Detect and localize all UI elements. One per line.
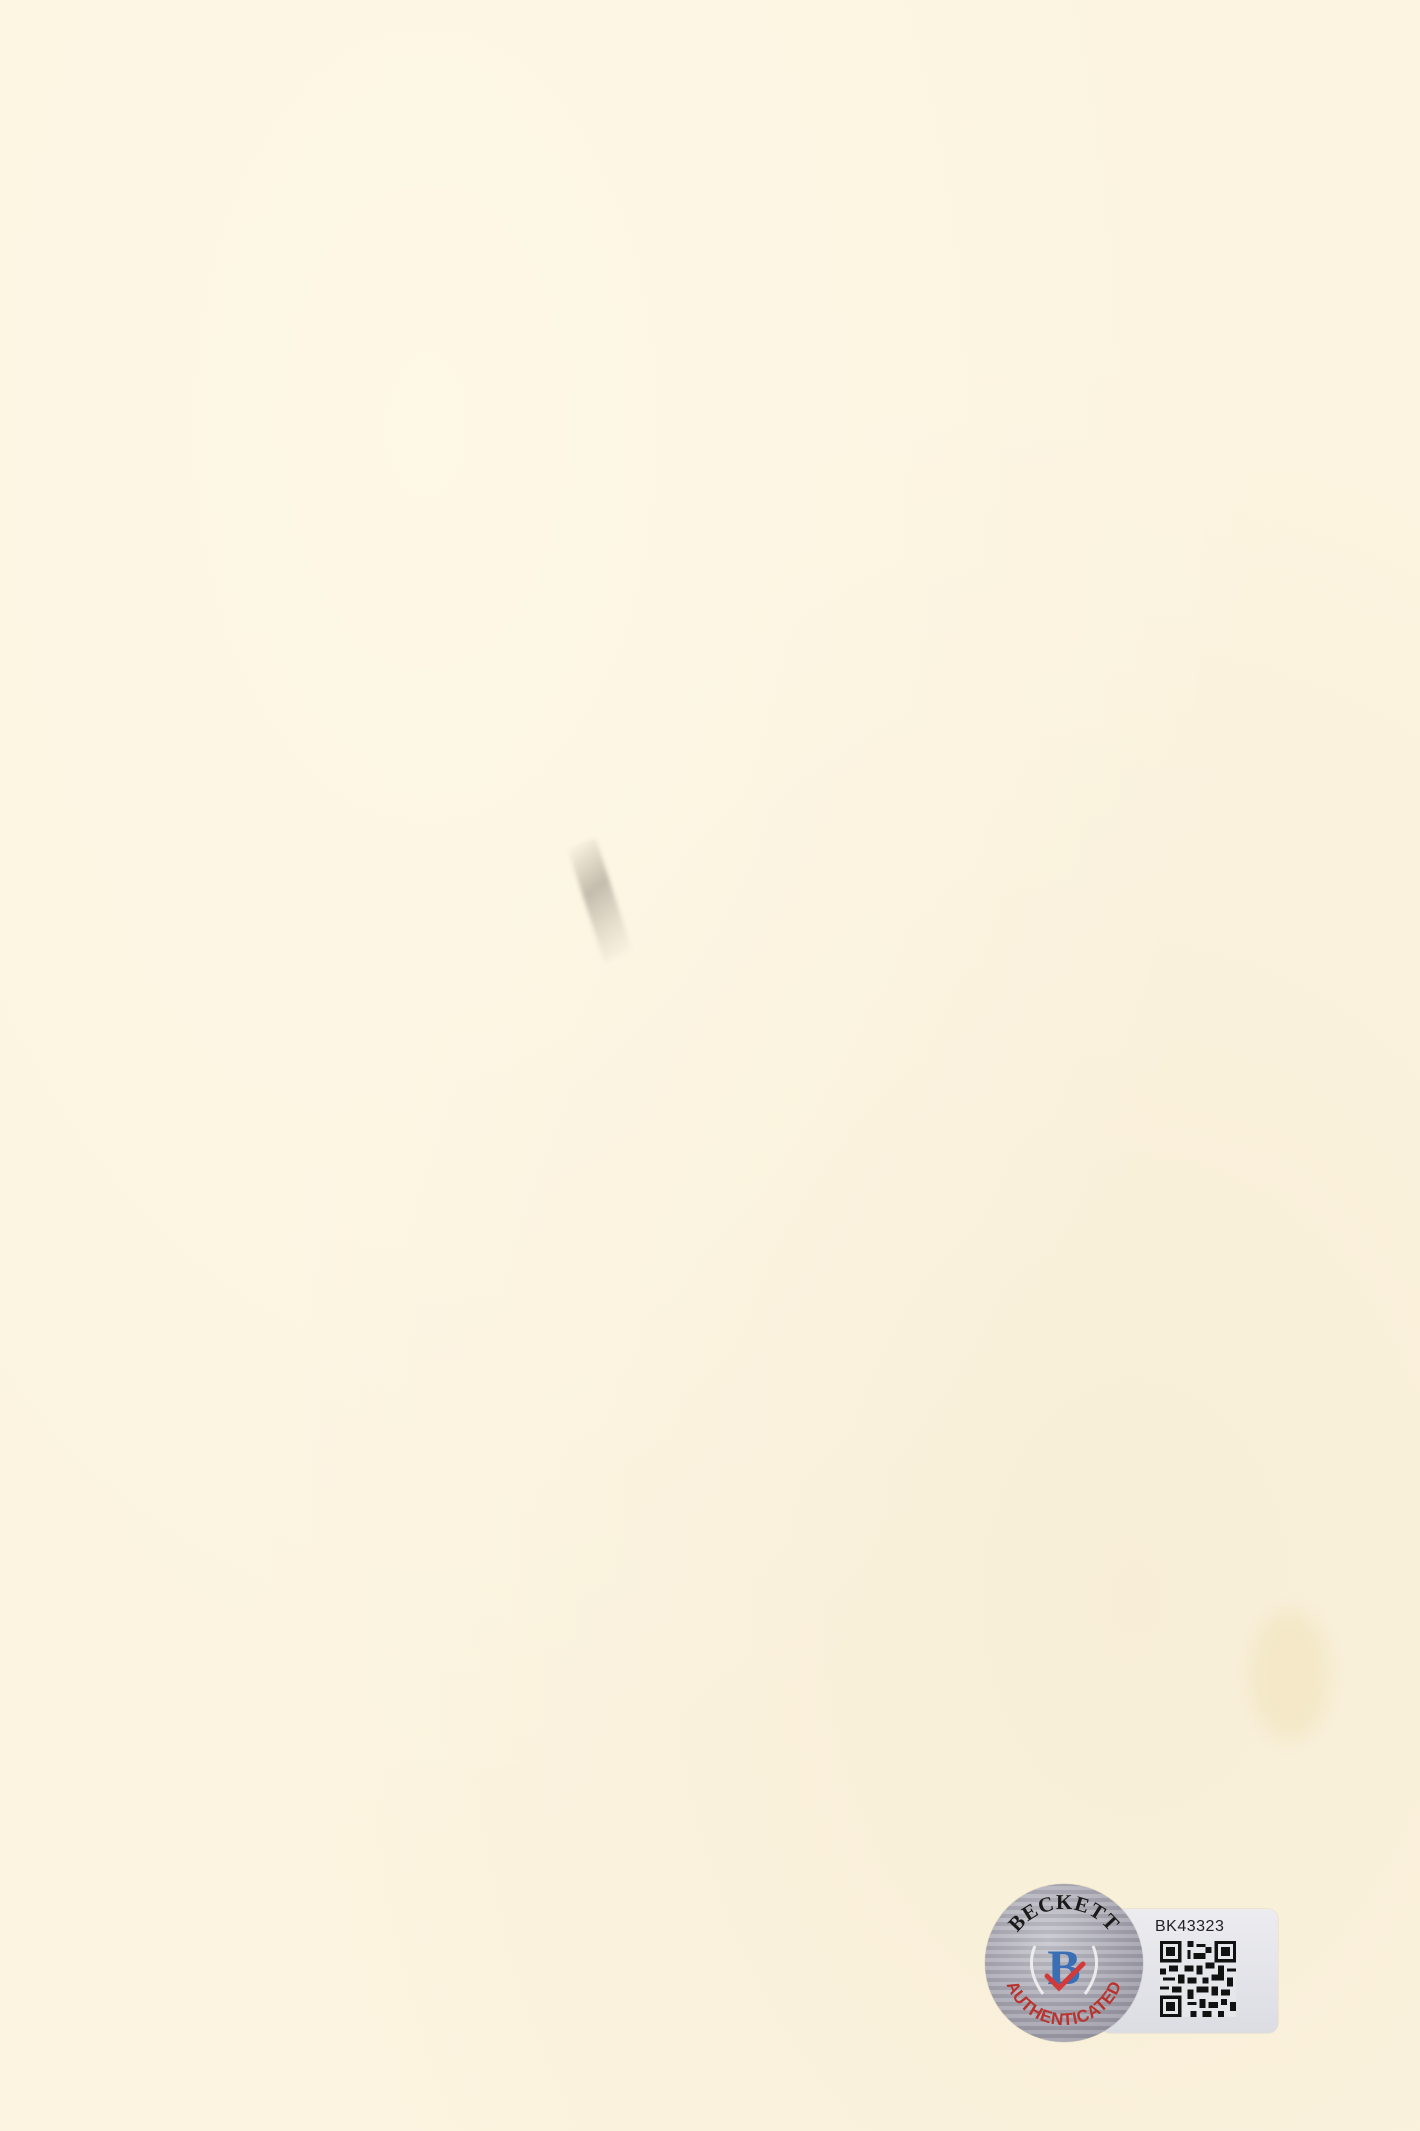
qr-code-icon	[1160, 1941, 1236, 2017]
beckett-hologram: BECKETT AUTHENTICATED B	[985, 1884, 1143, 2042]
paper-stain	[1250, 1610, 1330, 1740]
svg-text:BECKETT: BECKETT	[1003, 1890, 1125, 1936]
card-back	[0, 0, 1420, 2131]
logo-letter: B	[1047, 1939, 1080, 1995]
authentication-sticker: BK43323 BECKETT	[980, 1883, 1300, 2043]
brand-text: BECKETT	[1003, 1890, 1125, 1936]
serial-number: BK43323	[1155, 1918, 1224, 1936]
